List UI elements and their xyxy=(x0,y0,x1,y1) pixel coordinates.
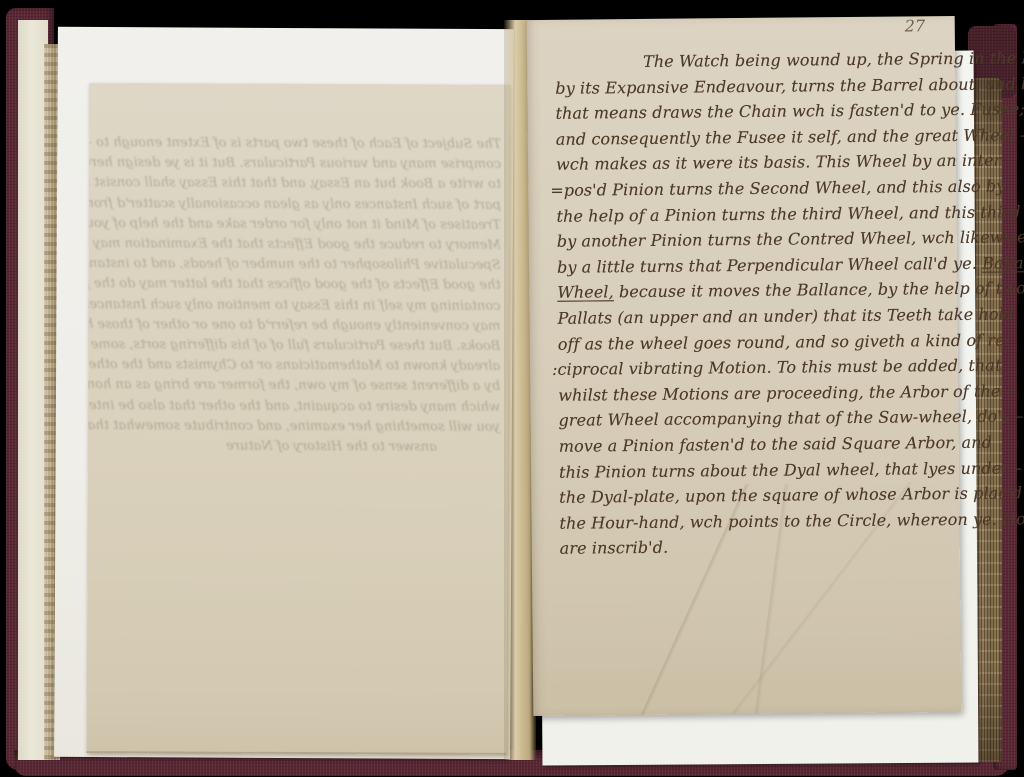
manuscript-line: Pallats (an upper and an under) that its… xyxy=(557,302,953,331)
manuscript-line: The Watch being wound up, the Spring in … xyxy=(643,46,951,75)
manuscript-line: off as the wheel goes round, and so give… xyxy=(558,328,954,357)
bleedthrough-line: which many desire to acquaint, and the o… xyxy=(96,396,500,418)
bleedthrough-line: you will something her examine, and cont… xyxy=(96,416,500,438)
bleedthrough-line: containing my self in this Essay to ment… xyxy=(96,295,500,317)
manuscript-line: by a little turns that Perpendicular Whe… xyxy=(557,251,953,280)
bleedthrough-line: part of such Instances only as glean occ… xyxy=(97,194,501,216)
bleedthrough-line: Memory to reduce the good Effects that t… xyxy=(97,234,501,256)
manuscript-line: move a Pinion fasten'd to the said Squar… xyxy=(559,430,955,459)
paper-creases xyxy=(531,482,961,716)
bleedthrough-line: answer to the History of Nature xyxy=(96,436,437,458)
bleedthrough-line: comprise many and various Particulars. B… xyxy=(97,153,501,175)
manuscript-line: =pos'd Pinion turns the Second Wheel, an… xyxy=(550,174,952,203)
manuscript-line: whilst these Motions are proceeding, the… xyxy=(558,379,954,408)
bleedthrough-line: by a different sense of my own, the form… xyxy=(96,376,500,398)
manuscript-photo: { "page_number": "27", "right_page": { "… xyxy=(0,0,1024,777)
bleedthrough-mirrored-text: The Subject of Each of these two parts i… xyxy=(96,133,501,458)
manuscript-line: :ciprocal vibrating Motion. To this must… xyxy=(552,353,954,382)
manuscript-page: 27 The Watch being wound up, the Spring … xyxy=(527,16,962,716)
bleedthrough-line: may conveniently enough be referr'd to o… xyxy=(96,315,500,337)
bleedthrough-line: to write a Book but an Essay, and that t… xyxy=(97,174,501,196)
bleedthrough-line: The Subject of Each of these two parts i… xyxy=(97,133,501,155)
bleedthrough-line: already known to Mathematicians or to Ch… xyxy=(96,355,500,377)
manuscript-line: the help of a Pinion turns the third Whe… xyxy=(556,200,952,229)
manuscript-line: by its Expansive Endeavour, turns the Ba… xyxy=(555,72,951,101)
bleedthrough-line: the good Effects of the good offices tha… xyxy=(97,275,501,297)
left-inserted-sheet: The Subject of Each of these two parts i… xyxy=(87,83,511,755)
bleedthrough-line: Treatises of Mind it not only for order … xyxy=(97,214,501,236)
manuscript-line: this Pinion turns about the Dyal wheel, … xyxy=(559,455,955,484)
manuscript-line: wch makes as it were its basis. This Whe… xyxy=(556,148,952,177)
manuscript-line: great Wheel accompanying that of the Saw… xyxy=(558,404,954,433)
bleedthrough-line: Speculative Philosopher to the number of… xyxy=(97,254,501,276)
page-number: 27 xyxy=(905,16,945,35)
manuscript-line: and consequently the Fusee it self, and … xyxy=(556,123,952,152)
manuscript-line: Wheel, because it moves the Ballance, by… xyxy=(557,276,953,305)
manuscript-line: by another Pinion turns the Contred Whee… xyxy=(557,225,953,254)
bleedthrough-line: Books. But these Particulars full of of … xyxy=(96,335,500,357)
manuscript-line: that means draws the Chain wch is fasten… xyxy=(555,97,951,126)
